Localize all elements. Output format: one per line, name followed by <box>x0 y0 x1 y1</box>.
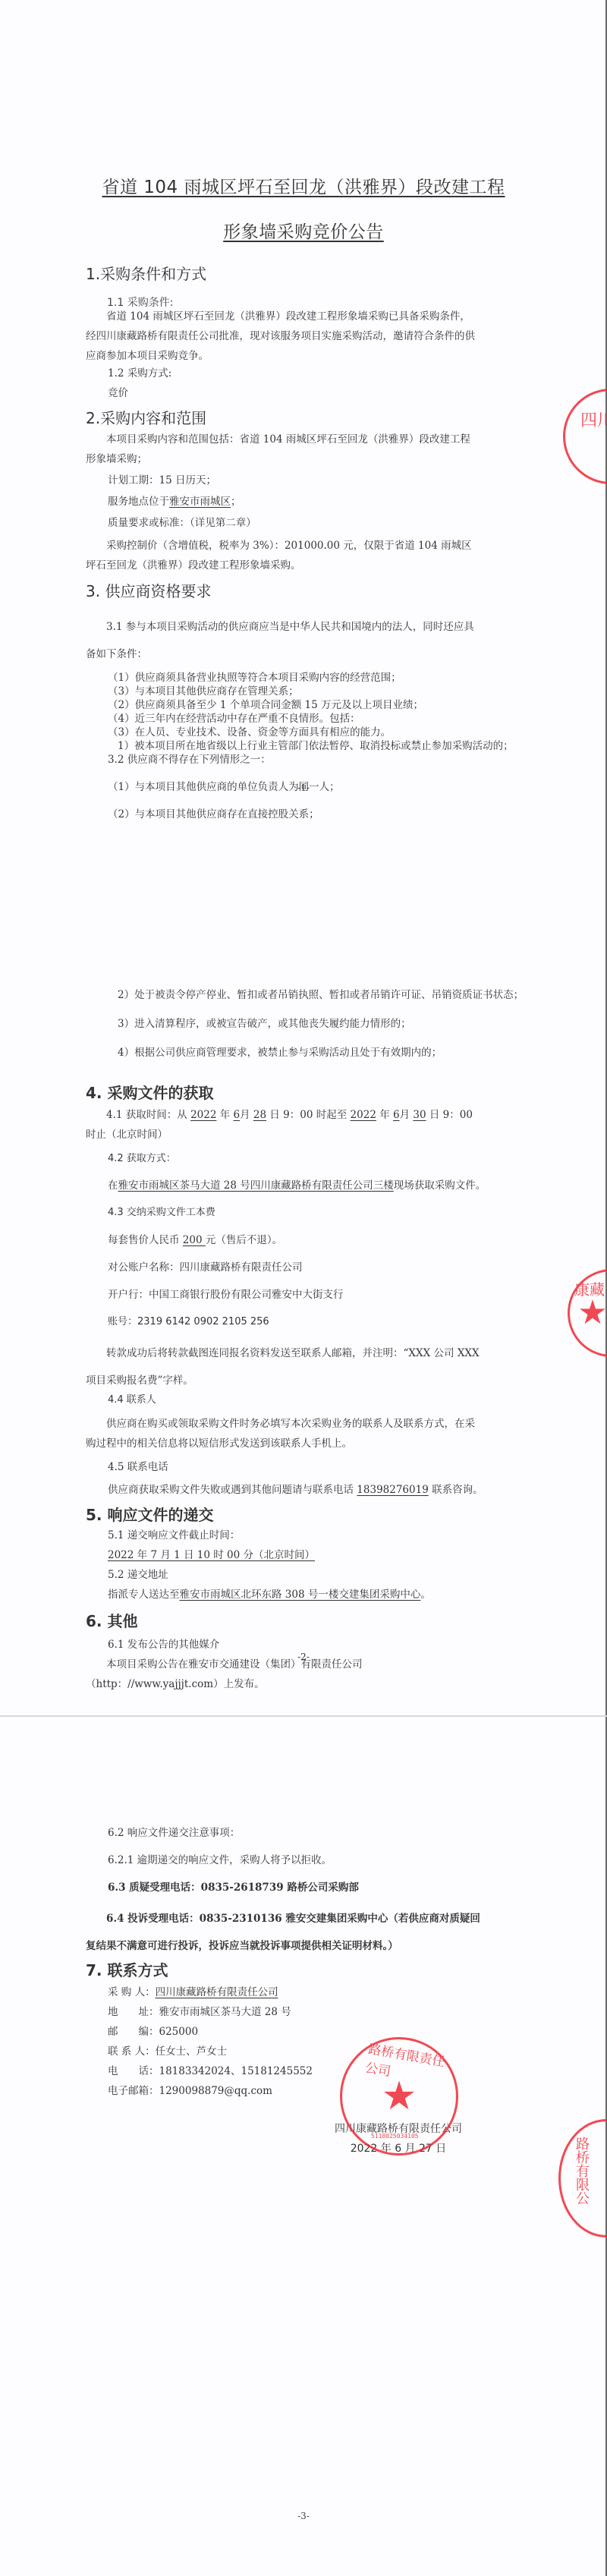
company-seal-edge-1: 四川 <box>563 389 607 484</box>
section4-heading: 4. 采购文件的获取 <box>86 1081 213 1103</box>
s4-2-prefix: 在 <box>108 1179 118 1192</box>
s6-4: 6.4 投诉受理电话：0835-2310136 雅安交建集团采购中心（若供应商对… <box>86 1905 480 1960</box>
contact-row-email: 电子邮箱：1290098879@qq.com <box>108 2081 272 2101</box>
s5-1-label: 5.1 递交响应文件截止时间： <box>108 1526 240 1545</box>
s3-2-item-3: （3）与本项目其他供应商存在管理关系； <box>108 682 299 701</box>
page-number-2: -2- <box>0 1647 607 1667</box>
contact-row-person: 联 系 人：任女士、芦女士 <box>108 2042 227 2061</box>
s4-5-label: 4.5 联系电话 <box>108 1457 168 1477</box>
s4-2-suffix: 现场获取采购文件。 <box>394 1179 486 1192</box>
s2-price: 采购控制价（含增值税，税率为 3%）：201000.00 元，仅限于省道 104… <box>86 536 480 575</box>
s5-2-suffix: 。 <box>420 1589 431 1601</box>
fee-prefix: 每套售价人民币 <box>108 1234 183 1246</box>
s5-2-prefix: 指派专人送达至 <box>108 1589 180 1601</box>
start-time: 日 9：00 时起至 <box>269 1109 350 1121</box>
s4-4-text: 供应商在购买或领取采购文件时务必填写本次采购业务的联系人及联系方式，在采购过程中… <box>86 1414 480 1453</box>
s5-1-deadline: 2022 年 7 月 1 日 10 时 00 分（北京时间） <box>108 1545 315 1565</box>
company-seal: 路桥有限责任公司 ★ 5118025034105 <box>340 2037 458 2156</box>
s4-5-prefix: 供应商获取采购文件失败或遇到其他问题请与联系电话 <box>108 1484 357 1496</box>
company-seal-edge-3: 路桥有限公 <box>558 2119 607 2237</box>
s1-2-value: 竞价 <box>108 383 128 403</box>
s4-2-place: 雅安市雨城区茶马大道 28 号四川康藏路桥有限责任公司三楼 <box>118 1179 394 1192</box>
sub-item-1: 1）被本项目所在地省级以上行业主管部门依法暂停、取消投标或禁止参加采购活动的； <box>118 736 514 756</box>
page-number-1: -1- <box>0 778 607 798</box>
s4-1-label: 4.1 获取时间：从 <box>106 1109 190 1121</box>
end-month: 6 <box>393 1109 400 1121</box>
s2-scope: 本项目采购内容和范围包括：省道 104 雨城区坪石至回龙（洪雅界）段改建工程形象… <box>86 430 480 469</box>
transfer-note: 转款成功后将转款截图连同报名资料发送至联系人邮箱，并注明：“XXX 公司 XXX… <box>86 1340 480 1394</box>
location-prefix: 服务地点位于 <box>108 496 169 508</box>
start-month: 6 <box>234 1109 241 1121</box>
section5-heading: 5. 响应文件的递交 <box>86 1503 213 1525</box>
s2-location: 服务地点位于雅安市雨城区； <box>108 492 241 512</box>
s1-2-label: 1.2 采购方式: <box>108 364 171 383</box>
contact-email-link[interactable]: 1290098879@qq.com <box>159 2085 272 2097</box>
s4-2-text: 在雅安市雨城区茶马大道 28 号四川康藏路桥有限责任公司三楼现场获取采购文件。 <box>108 1176 486 1195</box>
sub-item-4: 4）根据公司供应商管理要求，被禁止参与采购活动且处于有效期内的； <box>118 1043 442 1063</box>
contact-value: 任女士、芦女士 <box>156 2045 228 2058</box>
s3-2-item-2: （2）与本项目其他供应商存在直接控股关系； <box>108 805 319 824</box>
page-3: 6.2 响应文件递交注意事项： 6.2.1 逾期递交的响应文件，采购人将予以拒收… <box>0 1715 607 2576</box>
seal-star-icon: ★ <box>577 1296 607 1330</box>
s1-1-paragraph: 省道 104 雨城区坪石至回龙（洪雅界）段改建工程形象墙采购已具备采购条件，经四… <box>86 307 480 366</box>
contact-label: 邮 编： <box>108 2026 159 2038</box>
start-year: 2022 <box>190 1109 216 1121</box>
location-value: 雅安市雨城区 <box>169 496 231 508</box>
contact-label: 电子邮箱： <box>108 2085 159 2097</box>
s4-2-label: 4.2 获取方式： <box>108 1149 176 1169</box>
section3-heading: 3. 供应商资格要求 <box>86 579 211 601</box>
contact-row-address: 地 址：雅安市雨城区茶马大道 28 号 <box>108 2002 291 2022</box>
contact-label: 联 系 人： <box>108 2045 156 2058</box>
s4-3-fee: 每套售价人民币 200 元（售后不退）。 <box>108 1230 282 1250</box>
section6-heading: 6. 其他 <box>86 1609 137 1631</box>
s6-2-label: 6.2 响应文件递交注意事项： <box>108 1823 240 1843</box>
s6-3: 6.3 质疑受理电话：0835-2618739 路桥公司采购部 <box>108 1878 359 1897</box>
s2-schedule: 计划工期：15 日历天； <box>108 471 216 490</box>
sub-item-2: 2）处于被责令停产停业、暂扣或者吊销执照、暂扣或者吊销许可证、吊销资质证书状态； <box>118 985 524 1005</box>
page-number-3: -3- <box>0 2511 607 2521</box>
contact-value: 四川康藏路桥有限责任公司 <box>156 1986 301 1998</box>
seal-star-icon: ★ <box>382 2077 417 2116</box>
s6-2-1: 6.2.1 逾期递交的响应文件，采购人将予以拒收。 <box>108 1850 332 1870</box>
company-seal-edge-2: 康藏 ★ <box>568 1269 607 1357</box>
s3-1-text: 3.1 参与本项目采购活动的供应商应当是中华人民共和国境内的法人，同时还应具备如… <box>86 613 480 668</box>
seal-code: 5118025034105 <box>371 2133 419 2140</box>
s4-1-text: 4.1 获取时间：从 2022 年 6月 28 日 9：00 时起至 2022 … <box>86 1105 480 1145</box>
fee-amount: 200 <box>183 1234 206 1246</box>
fee-suffix: 元（售后不退）。 <box>206 1234 282 1246</box>
document-title-line1: 省道 104 雨城区坪石至回龙（洪雅界）段改建工程 <box>0 173 607 198</box>
account-name: 对公账户名称：四川康藏路桥有限责任公司 <box>108 1258 303 1277</box>
section2-heading: 2.采购内容和范围 <box>86 406 206 428</box>
page-1: 省道 104 雨城区坪石至回龙（洪雅界）段改建工程 形象墙采购竞价公告 1.采购… <box>0 0 607 858</box>
section1-heading: 1.采购条件和方式 <box>86 262 206 284</box>
contact-value: 18183342024、15181245552 <box>159 2065 313 2077</box>
bank-name: 开户行：中国工商银行股份有限公司雅安中大街支行 <box>108 1285 344 1305</box>
s4-3-label: 4.3 交纳采购文件工本费 <box>108 1203 215 1223</box>
start-day: 28 <box>253 1109 266 1121</box>
s2-quality: 质量要求或标准：（详见第二章） <box>108 513 256 533</box>
account-number: 账号：2319 6142 0902 2105 256 <box>108 1312 269 1332</box>
contact-label: 采 购 人： <box>108 1986 156 1998</box>
location-suffix: ； <box>231 496 241 508</box>
contact-label: 电 话： <box>108 2065 159 2077</box>
end-day: 30 <box>413 1109 426 1121</box>
end-year: 2022 <box>351 1109 376 1121</box>
document-title-line2: 形象墙采购竞价公告 <box>0 218 607 243</box>
contact-row-postcode: 邮 编：625000 <box>108 2022 198 2042</box>
contact-phone-link[interactable]: 18398276019 <box>357 1484 428 1496</box>
contact-row-phone: 电 话：18183342024、15181245552 <box>108 2061 313 2081</box>
s3-2-item-4: （4）近三年内在经营活动中存在严重不良情形。包括： <box>108 709 360 729</box>
s4-5-suffix: 联系咨询。 <box>429 1484 483 1496</box>
contact-value: 625000 <box>159 2026 199 2038</box>
s4-5-text: 供应商获取采购文件失败或遇到其他问题请与联系电话 18398276019 联系咨… <box>108 1480 483 1500</box>
sub-item-3: 3）进入清算程序，或被宣告破产，或其他丧失履约能力情形的； <box>118 1014 411 1034</box>
s5-2-place: 雅安市雨城区北环东路 308 号一楼交建集团采购中心 <box>180 1589 421 1601</box>
seal-text: 四川 <box>580 408 607 431</box>
contact-value: 雅安市雨城区茶马大道 28 号 <box>159 2006 291 2018</box>
page-2: 2）处于被责令停产停业、暂扣或者吊销执照、暂扣或者吊销许可证、吊销资质证书状态；… <box>0 858 607 1715</box>
contact-label: 地 址： <box>108 2006 159 2018</box>
s5-2-text: 指派专人送达至雅安市雨城区北环东路 308 号一楼交建集团采购中心。 <box>108 1585 431 1604</box>
s4-4-label: 4.4 联系人 <box>108 1390 156 1410</box>
section7-heading: 7. 联系方式 <box>86 1958 168 1980</box>
seal-text: 路桥有限公 <box>571 2137 591 2205</box>
s5-2-label: 5.2 递交地址 <box>108 1565 168 1585</box>
contact-row-buyer: 采 购 人：四川康藏路桥有限责任公司 <box>108 1982 301 2002</box>
